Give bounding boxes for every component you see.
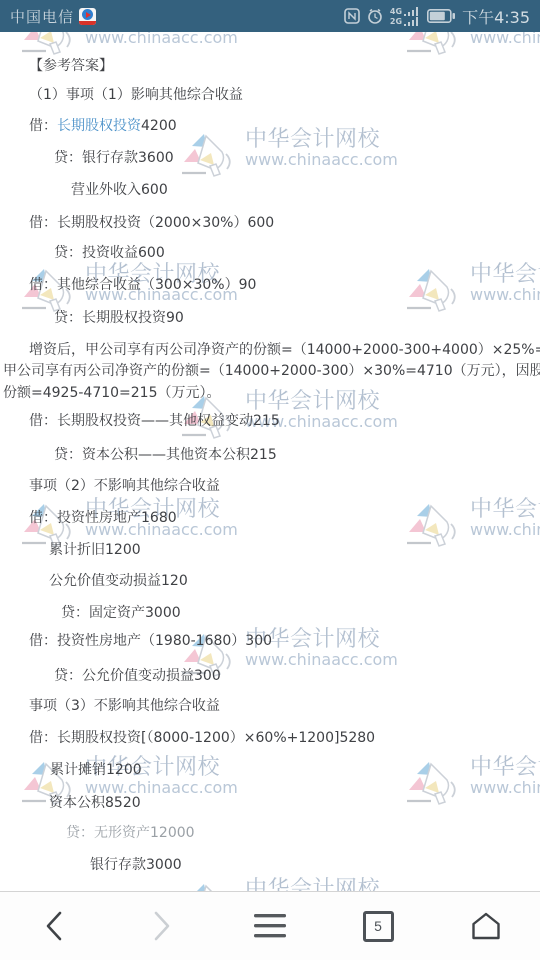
signal-2g-label: 2G (390, 18, 402, 26)
watermark: 中华会计网校 www.chinaacc.com (180, 878, 398, 891)
journal-entry-line: 贷：资本公积——其他资本公积215 (54, 447, 277, 463)
journal-entry-line: 贷：长期股权投资90 (54, 310, 184, 326)
menu-icon (253, 913, 287, 939)
watermark: 中华会计网校 www.chinaacc.com (20, 32, 238, 56)
chinaacc-logo-icon (405, 502, 463, 548)
battery-icon (427, 9, 455, 23)
debit-prefix: 借： (29, 118, 57, 134)
item3-title: 事项（3）不影响其他综合收益 (29, 698, 220, 714)
journal-entry-line: 借：投资性房地产1680 (29, 510, 177, 526)
watermark-url: www.chinaacc.com (470, 287, 540, 303)
journal-entry-line: 借：长期股权投资[（8000-1200）×60%+1200]5280 (29, 730, 375, 746)
chinaacc-logo-icon (180, 132, 238, 178)
watermark-url: www.chinaacc.com (470, 32, 540, 46)
watermark-title: 中华会计网校 (245, 878, 398, 891)
status-icons: 4G 2G 下 (344, 5, 530, 28)
carrier-label: 中国电信 (10, 6, 74, 27)
page-content[interactable]: 中华会计网校 www.chinaacc.com 【参考答案】 （1）事项（1）影… (0, 32, 540, 891)
menu-button[interactable] (235, 901, 305, 951)
journal-entry-line: 贷：固定资产3000 (61, 605, 181, 621)
journal-entry-line: 借：长期股权投资——其他权益变动215 (29, 413, 280, 429)
chinaacc-logo-icon (20, 32, 78, 56)
home-button[interactable] (451, 901, 521, 951)
account-link[interactable]: 长期股权投资 (57, 118, 141, 134)
tab-count: 5 (374, 918, 382, 934)
item2-title: 事项（2）不影响其他综合收益 (29, 478, 220, 494)
journal-entry-line: 借：投资性房地产（1980-1680）300 (29, 633, 272, 649)
dual-sim-signal-icon: 4G 2G (390, 7, 420, 26)
back-chevron-icon (44, 911, 64, 941)
chinaacc-logo-icon (405, 267, 463, 313)
chinaacc-logo-icon (405, 760, 463, 806)
signal-4g-label: 4G (390, 8, 402, 16)
alarm-clock-icon (367, 8, 383, 24)
watermark: 中华会计网校 www.chinaacc.com (405, 756, 540, 806)
journal-entry-line: 贷：公允价值变动损益300 (54, 668, 221, 684)
calculation-paragraph-line: 甲公司享有丙公司净资产的份额=（14000+2000-300）×30%=4710… (3, 363, 540, 379)
watermark-title: 中华会计网校 (245, 128, 398, 152)
journal-entry-line: 贷：投资收益600 (54, 245, 165, 261)
journal-entry-line: 借：长期股权投资（2000×30%）600 (29, 215, 274, 231)
tab-count-icon: 5 (363, 911, 394, 942)
answer-header: 【参考答案】 (29, 58, 113, 74)
forward-button[interactable] (127, 901, 197, 951)
home-icon (471, 912, 501, 940)
nfc-icon (344, 8, 360, 24)
item1-title: （1）事项（1）影响其他综合收益 (29, 87, 243, 103)
back-button[interactable] (19, 901, 89, 951)
watermark-title: 中华会计网校 (470, 498, 540, 522)
watermark-url: www.chinaacc.com (470, 522, 540, 538)
chinaacc-logo-icon (405, 32, 463, 56)
browser-nav-bar: 5 (0, 891, 540, 960)
chinaacc-logo-icon (180, 882, 238, 891)
watermark-title: 中华会计网校 (245, 390, 398, 414)
journal-entry-line: 借：其他综合收益（300×30%）90 (29, 277, 256, 293)
watermark-title: 中华会计网校 (470, 263, 540, 287)
journal-entry-line: 营业外收入600 (71, 182, 168, 198)
watermark: 中华会计网校 www.chinaacc.com (405, 498, 540, 548)
journal-entry-line: 公允价值变动损益120 (49, 573, 188, 589)
watermark-title: 中华会计网校 (470, 756, 540, 780)
tabs-button[interactable]: 5 (343, 901, 413, 951)
status-bar: 中国电信 4G 2G (0, 0, 540, 32)
journal-entry-line: 贷：无形资产12000 (66, 825, 195, 841)
watermark-url: www.chinaacc.com (245, 652, 398, 668)
amount-suffix: 4200 (141, 118, 177, 134)
video-app-notification-icon (79, 8, 96, 25)
calculation-paragraph-line: 份额=4925-4710=215（万元）。 (3, 385, 221, 401)
calculation-paragraph-line: 增资后，甲公司享有丙公司净资产的份额=（14000+2000-300+4000）… (29, 342, 540, 358)
watermark: 中华会计网校 www.chinaacc.com (405, 263, 540, 313)
clock-time: 下午4:35 (462, 5, 530, 28)
journal-entry-line: 累计摊销1200 (50, 762, 142, 778)
watermark: 中华会计网校 www.chinaacc.com (405, 32, 540, 56)
journal-entry-line: 借：长期股权投资4200 (29, 118, 177, 134)
journal-entry-line: 银行存款3000 (90, 857, 182, 873)
journal-entry-line: 贷：银行存款3600 (54, 150, 174, 166)
watermark-url: www.chinaacc.com (85, 32, 238, 46)
watermark-url: www.chinaacc.com (245, 152, 398, 168)
watermark-url: www.chinaacc.com (470, 780, 540, 796)
journal-entry-line: 资本公积8520 (49, 795, 141, 811)
watermark: 中华会计网校 www.chinaacc.com (180, 128, 398, 178)
watermark-url: www.chinaacc.com (85, 780, 238, 796)
forward-chevron-icon (152, 911, 172, 941)
journal-entry-line: 累计折旧1200 (49, 542, 141, 558)
